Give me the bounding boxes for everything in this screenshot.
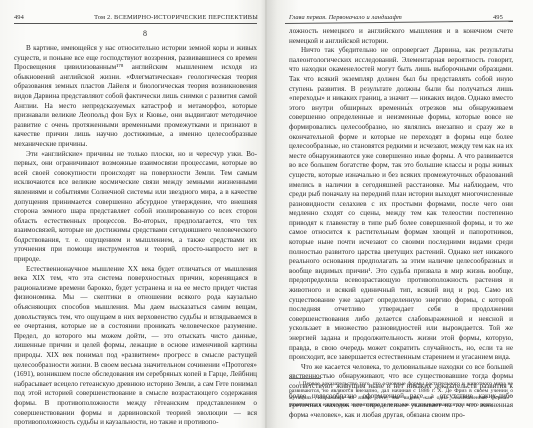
footnote: ¹ Первое доказательство того, что основн… [289,381,513,409]
header-rule-right [285,21,513,24]
running-head-right: Глава первая. Первоначало и ландшафт [289,14,402,21]
section-number: 8 [135,29,155,38]
header-rule-left [14,23,257,24]
running-head-left: Том 2. ВСЕМИРНО-ИСТОРИЧЕСКИЕ ПЕРСПЕКТИВЫ [88,14,258,21]
left-body-text: В картине, имеющейся у нас относительно … [14,44,257,428]
footnote-rule [289,378,321,379]
right-body-text: ложность немецкого и английского мышлени… [289,27,513,420]
paragraph: Ничто так убедительно не опровергает Дар… [289,46,513,363]
left-page: 494 Том 2. ВСЕМИРНО-ИСТОРИЧЕСКИЕ ПЕРСПЕК… [0,0,266,428]
paragraph: Естественнонаучное мышление XX века буде… [14,265,257,428]
paragraph: Эти «английские» причины не только плоск… [14,150,257,265]
footnote-text: ¹ Первое доказательство того, что основн… [289,381,513,409]
paragraph: В картине, имеющейся у нас относительно … [14,44,257,150]
page-number-left: 494 [14,14,24,21]
paragraph: ложность немецкого и английского мышлени… [289,27,513,46]
right-page: Глава первая. Первоначало и ландшафт 495… [267,0,533,428]
